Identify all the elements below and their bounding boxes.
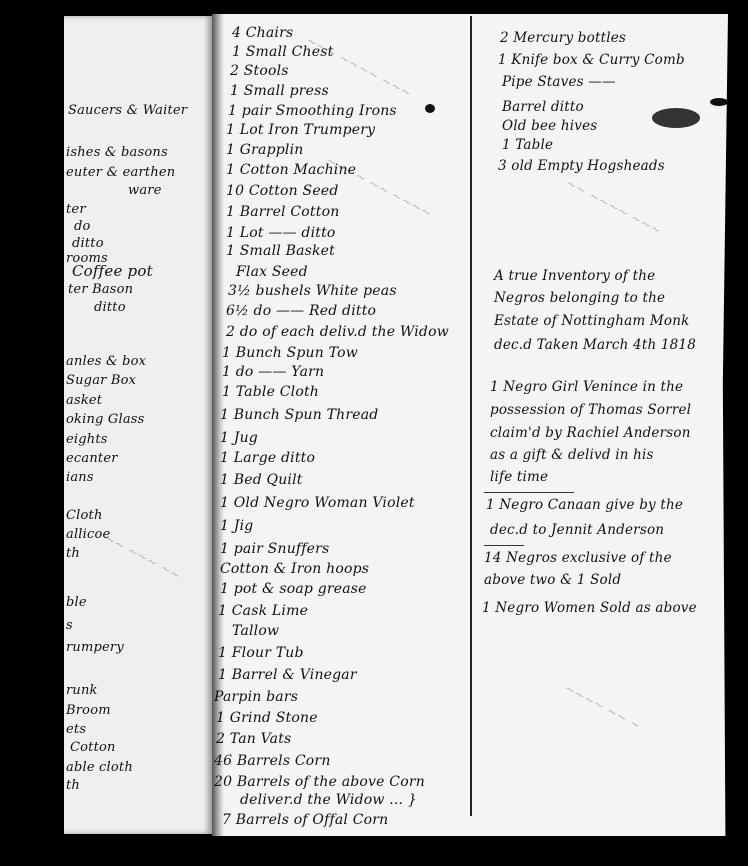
inventory-line: Broom — [66, 703, 111, 718]
inventory-entry: claim'd by Rachiel Anderson — [490, 425, 691, 441]
inventory-line: 1 Jug — [220, 430, 258, 446]
inventory-line: ecanter — [66, 451, 118, 466]
inventory-line: 10 Cotton Seed — [226, 183, 338, 199]
inventory-line: 1 Lot Iron Trumpery — [226, 122, 375, 138]
inventory-line: ditto — [72, 236, 104, 251]
inventory-line: 1 Cask Lime — [218, 603, 308, 619]
inventory-line: 1 Table — [502, 137, 553, 153]
inventory-line: 3 old Empty Hogsheads — [498, 158, 665, 174]
inventory-line: Sugar Box — [66, 373, 136, 388]
inventory-line: 1 Table Cloth — [222, 384, 319, 400]
document-heading-line: dec.d Taken March 4th 1818 — [494, 337, 696, 353]
inventory-entry: 1 Negro Women Sold as above — [482, 600, 697, 616]
inventory-line: 1 Bunch Spun Thread — [220, 407, 378, 423]
inventory-line: 1 Bunch Spun Tow — [222, 345, 358, 361]
inventory-line: 1 Barrel Cotton — [226, 204, 339, 220]
inventory-line: Cloth — [66, 508, 103, 523]
inventory-line: 2 Stools — [230, 63, 289, 79]
inventory-line: 1 do —— Yarn — [222, 364, 324, 380]
inventory-line: ble — [66, 595, 87, 610]
inventory-entry: life time — [490, 469, 548, 485]
inventory-line: 1 Flour Tub — [218, 645, 304, 661]
inventory-line: rumpery — [66, 640, 124, 655]
inventory-entry: as a gift & delivd in his — [490, 447, 654, 463]
inventory-line: 1 Grapplin — [226, 142, 303, 158]
inventory-line: ter — [66, 202, 86, 217]
inventory-line: 1 Bed Quilt — [220, 472, 303, 488]
inventory-line: 3½ bushels White peas — [228, 283, 397, 299]
inventory-line: 2 do of each deliv.d the Widow — [226, 324, 449, 340]
inventory-entry: 1 Negro Canaan give by the — [486, 497, 683, 513]
inventory-line: able cloth — [66, 760, 133, 775]
inventory-line: eights — [66, 432, 108, 447]
inventory-line: Tallow — [232, 623, 279, 639]
inventory-line: 1 Old Negro Woman Violet — [220, 495, 415, 511]
inventory-line: 1 pair Smoothing Irons — [228, 103, 397, 119]
inventory-line: Cotton — [70, 740, 116, 755]
inventory-line: s — [66, 618, 73, 633]
inventory-line: ditto — [94, 300, 126, 315]
inventory-line: 1 Grind Stone — [216, 710, 318, 726]
inventory-line: euter & earthen — [66, 165, 175, 180]
entry-separator — [484, 545, 524, 546]
inventory-line: 7 Barrels of Offal Corn — [222, 812, 388, 828]
document-heading-line: A true Inventory of the — [494, 268, 655, 284]
inventory-line: 1 pot & soap grease — [220, 581, 367, 597]
inventory-line: 1 Small Chest — [232, 44, 333, 60]
inventory-line: Old bee hives — [502, 118, 597, 134]
inventory-line: Pipe Staves —— — [502, 74, 616, 90]
inventory-line: 20 Barrels of the above Corn — [214, 774, 425, 790]
inventory-line: ets — [66, 722, 86, 737]
ink-blot — [652, 108, 700, 128]
inventory-line: 1 Small press — [230, 83, 329, 99]
inventory-entry: above two & 1 Sold — [484, 572, 621, 588]
inventory-entry: 1 Negro Girl Venince in the — [490, 379, 683, 395]
inventory-line: allicoe — [66, 527, 110, 542]
inventory-line: asket — [66, 393, 102, 408]
ink-blot — [710, 98, 728, 106]
inventory-line: 1 pair Snuffers — [220, 541, 329, 557]
inventory-entry: 14 Negros exclusive of the — [484, 550, 672, 566]
column-divider-line — [470, 16, 472, 816]
inventory-line: 1 Cotton Machine — [226, 162, 356, 178]
inventory-line: 1 Barrel & Vinegar — [218, 667, 357, 683]
inventory-line: th — [66, 546, 80, 561]
inventory-line: deliver.d the Widow ... } — [240, 792, 417, 808]
inventory-line: 6½ do —— Red ditto — [226, 303, 376, 319]
inventory-line: Parpin bars — [214, 689, 298, 705]
inventory-line: Coffee pot — [72, 262, 153, 280]
inventory-line: 1 Jig — [220, 518, 253, 534]
inventory-line: 2 Mercury bottles — [500, 30, 626, 46]
inventory-line: ter Bason — [68, 282, 133, 297]
inventory-line: ishes & basons — [66, 145, 168, 160]
inventory-line: 1 Lot —— ditto — [226, 225, 336, 241]
inventory-line: Cotton & Iron hoops — [220, 561, 369, 577]
inventory-line: 4 Chairs — [232, 25, 293, 41]
inventory-line: anles & box — [66, 354, 146, 369]
inventory-line: 2 Tan Vats — [216, 731, 291, 747]
inventory-line: runk — [66, 683, 98, 698]
inventory-line: Barrel ditto — [502, 99, 584, 115]
inventory-line: 1 Knife box & Curry Comb — [498, 52, 685, 68]
inventory-line: ware — [128, 183, 162, 198]
inventory-line: oking Glass — [66, 412, 145, 427]
inventory-line: 1 Large ditto — [220, 450, 315, 466]
inventory-line: th — [66, 778, 80, 793]
inventory-line: Saucers & Waiter — [68, 103, 187, 118]
ink-blot — [425, 104, 435, 113]
entry-separator — [484, 492, 574, 493]
inventory-line: ians — [66, 470, 94, 485]
inventory-line: 46 Barrels Corn — [214, 753, 331, 769]
inventory-line: do — [74, 219, 91, 234]
inventory-entry: dec.d to Jennit Anderson — [490, 522, 664, 538]
inventory-line: 1 Small Basket — [226, 243, 335, 259]
inventory-entry: possession of Thomas Sorrel — [490, 402, 691, 418]
document-heading-line: Negros belonging to the — [494, 290, 665, 306]
inventory-line: Flax Seed — [236, 264, 308, 280]
document-heading-line: Estate of Nottingham Monk — [494, 313, 689, 329]
